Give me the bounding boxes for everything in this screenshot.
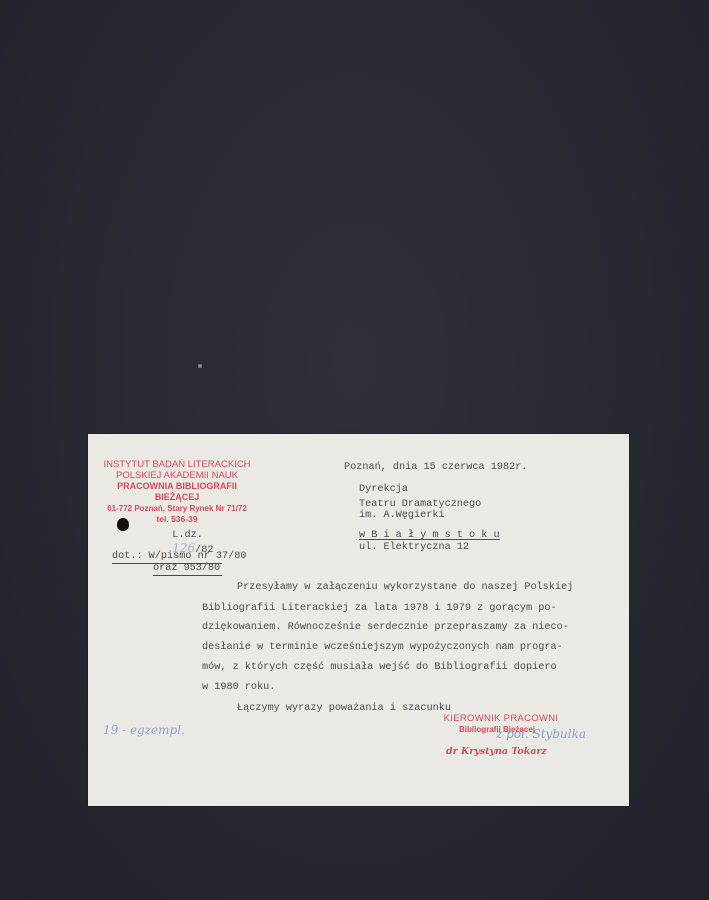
regarding-underline-2 xyxy=(153,575,222,576)
stamp-line-address: 61-772 Poznań, Stary Rynek Nr 71/72 xyxy=(102,503,252,514)
recipient-line-1: Dyrekcja xyxy=(359,484,408,495)
reference-label: L.dz. xyxy=(172,530,203,541)
regarding-line-1: dot.: W/pismo nr 37/80 xyxy=(112,551,247,562)
body-line-4: desłanie w terminie wcześniejszym wypoży… xyxy=(202,642,563,653)
recipient-line-5: ul. Elektryczna 12 xyxy=(359,542,469,553)
body-line-1: Przesyłamy w załączeniu wykorzystane do … xyxy=(237,582,573,593)
signatory-name: dr Krystyna Tokarz xyxy=(446,746,547,757)
recipient-line-2: Teatru Dramatycznego xyxy=(359,499,481,510)
stamp-line-department: PRACOWNIA BIBLIOGRAFII BIEŻĄCEJ xyxy=(102,481,252,503)
stamp-line-institute: INSTYTUT BADAŃ LITERACKICH xyxy=(102,459,252,470)
place-date: Poznań, dnia 15 czerwca 1982r. xyxy=(344,462,527,473)
letterhead-stamp: INSTYTUT BADAŃ LITERACKICH POLSKIEJ AKAD… xyxy=(102,459,252,525)
dust-speck xyxy=(198,364,202,368)
recipient-line-3: im. A.Węgierki xyxy=(359,510,445,521)
signature-title: KIEROWNIK PRACOWNI xyxy=(436,713,566,724)
body-line-5: mów, z których część musiała wejść do Bi… xyxy=(202,662,557,673)
punch-hole xyxy=(117,518,129,531)
regarding-underline-1 xyxy=(112,563,222,564)
recipient-line-4: w B i a ł y m s t o k u xyxy=(359,530,500,541)
body-line-6: w 1980 roku. xyxy=(202,682,275,693)
handwritten-signature: z pol. Stybulka xyxy=(496,727,586,741)
regarding-line-2: oraz 953/80 xyxy=(153,563,220,574)
body-line-3: dziękowaniem. Równocześnie serdecznie pr… xyxy=(202,622,569,633)
margin-note-copies: 19 - egzempl. xyxy=(103,723,185,737)
body-line-2: Bibliografii Literackiej za lata 1978 i … xyxy=(202,603,557,614)
stamp-line-academy: POLSKIEJ AKADEMII NAUK xyxy=(102,470,252,481)
closing-line: Łączymy wyrazy poważania i szacunku xyxy=(237,703,451,714)
